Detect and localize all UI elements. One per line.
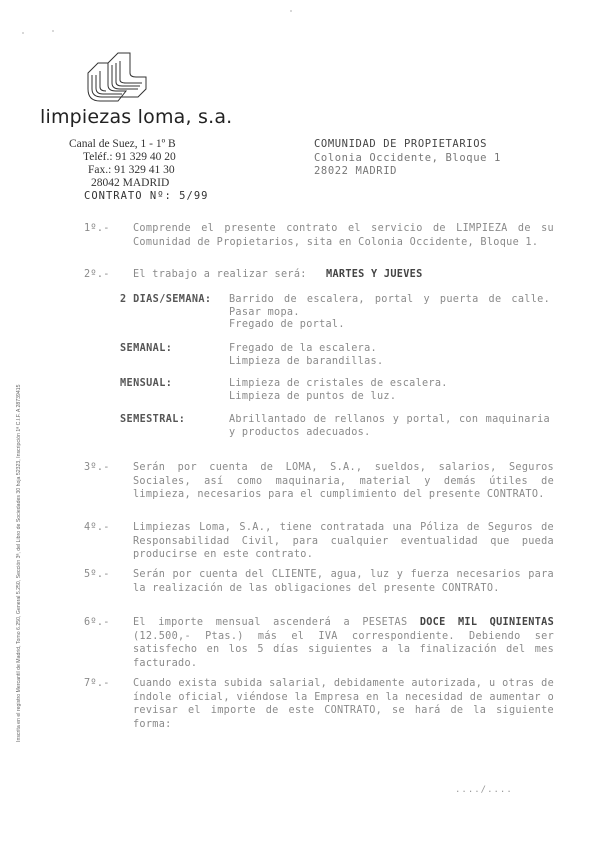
schedule-desc: Fregado de la escalera. [229, 343, 550, 356]
company-name: limpiezas loma, s.a. [40, 106, 232, 128]
recipient-address: Colonia Occidente, Bloque 1 [314, 152, 501, 166]
schedule-semestral: SEMESTRAL: Abrillantado de rellanos y po… [120, 414, 550, 439]
clause-text: Cuando exista subida salarial, debidamen… [133, 677, 554, 731]
clause-number: 4º.- [84, 521, 110, 535]
recipient-city: 28022 MADRID [314, 165, 501, 179]
scan-speck [52, 30, 54, 32]
schedule-desc: Barrido de escalera, portal y puerta de … [229, 294, 550, 319]
address-phone: Teléf.: 91 329 40 20 [83, 151, 176, 164]
clause-number: 2º.- [84, 268, 110, 282]
clause-number: 6º.- [84, 616, 110, 630]
schedule-desc-2: Limpieza de puntos de luz. [229, 391, 550, 404]
clause-number: 7º.- [84, 677, 110, 691]
clause-text: Serán por cuenta de LOMA, S.A., sueldos,… [133, 461, 554, 502]
clause-number: 5º.- [84, 568, 110, 582]
schedule-2-dias: 2 DIAS/SEMANA: Barrido de escalera, port… [120, 294, 550, 332]
address-street: Canal de Suez, 1 - 1º B [69, 138, 176, 151]
recipient-name: COMUNIDAD DE PROPIETARIOS [314, 138, 501, 152]
recipient-block: COMUNIDAD DE PROPIETARIOS Colonia Occide… [314, 138, 501, 179]
amount-in-words: DOCE MIL QUINIENTAS [420, 617, 554, 628]
company-logo-icon [86, 45, 148, 105]
schedule-desc-2: Limpieza de barandillas. [229, 356, 550, 369]
registry-note: Inscrita en el registro Mercantil de Mad… [16, 384, 22, 742]
clause-text-cont: (12.500,- Ptas.) más el IVA correspondie… [133, 631, 554, 669]
schedule-semanal: SEMANAL: Fregado de la escalera. Limpiez… [120, 343, 550, 368]
clause-5: 5º.- Serán por cuenta del CLIENTE, agua,… [84, 568, 554, 595]
clause-text: Limpiezas Loma, S.A., tiene contratada u… [133, 521, 554, 562]
address-fax: Fax.: 91 329 41 30 [88, 164, 175, 177]
schedule-label: SEMESTRAL: [120, 414, 185, 427]
clause-4: 4º.- Limpiezas Loma, S.A., tiene contrat… [84, 521, 554, 562]
clause-text: El importe mensual ascenderá a PESETAS [133, 617, 407, 628]
service-days: MARTES Y JUEVES [326, 269, 423, 280]
schedule-label: MENSUAL: [120, 378, 172, 391]
clause-number: 1º.- [84, 222, 110, 236]
clause-1: 1º.- Comprende el presente contrato el s… [84, 222, 554, 249]
clause-number: 3º.- [84, 461, 110, 475]
clause-text: El trabajo a realizar será: [133, 269, 307, 280]
clause-text: Serán por cuenta del CLIENTE, agua, luz … [133, 568, 554, 595]
schedule-label: SEMANAL: [120, 343, 172, 356]
clause-text: Comprende el presente contrato el servic… [133, 222, 554, 249]
clause-6: 6º.- El importe mensual ascenderá a PESE… [84, 616, 554, 670]
scan-speck [22, 32, 24, 34]
schedule-mensual: MENSUAL: Limpieza de cristales de escale… [120, 378, 550, 403]
schedule-desc: Limpieza de cristales de escalera. [229, 378, 550, 391]
schedule-desc-2: Fregado de portal. [229, 319, 550, 332]
continuation-mark: ..../.... [455, 785, 513, 795]
scan-speck [290, 10, 292, 12]
clause-2: 2º.- El trabajo a realizar será: MARTES … [84, 268, 554, 282]
contract-number: CONTRATO Nº: 5/99 [84, 190, 208, 202]
schedule-label: 2 DIAS/SEMANA: [120, 294, 211, 307]
schedule-desc: Abrillantado de rellanos y portal, con m… [229, 414, 550, 439]
address-city: 28042 MADRID [91, 177, 169, 190]
clause-7: 7º.- Cuando exista subida salarial, debi… [84, 677, 554, 731]
clause-3: 3º.- Serán por cuenta de LOMA, S.A., sue… [84, 461, 554, 502]
